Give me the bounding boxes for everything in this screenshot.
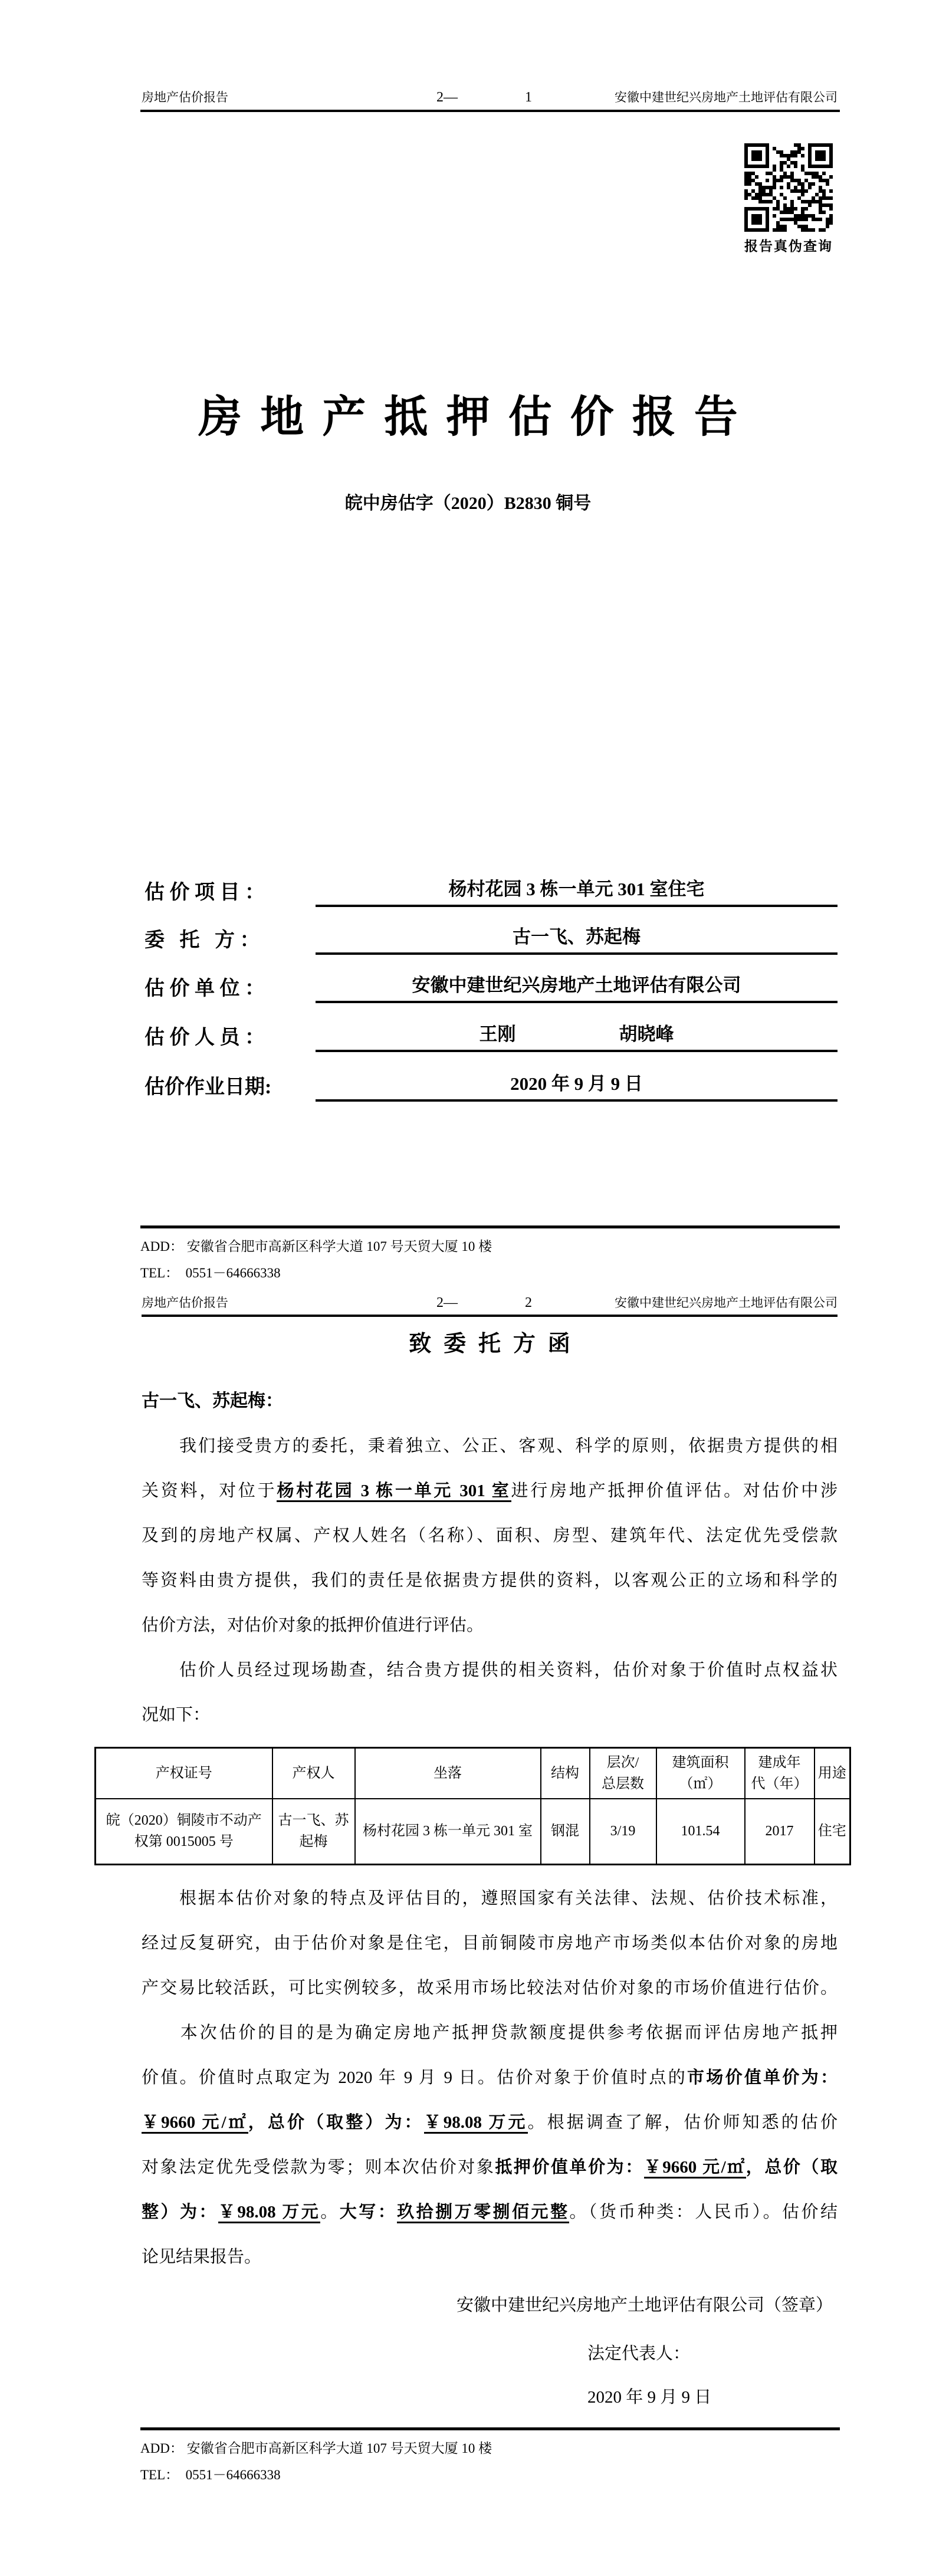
page2-footer: ADD： 安徽省合肥市高新区科学大道 107 号天贸大厦 10 楼 TEL： 0… bbox=[140, 2427, 840, 2483]
header-page-number: 2 bbox=[525, 1294, 532, 1312]
cell-owner: 古一飞、苏 起梅 bbox=[272, 1799, 355, 1865]
col-header-owner: 产权人 bbox=[272, 1748, 355, 1799]
col-header-area: 建筑面积 （㎡） bbox=[656, 1748, 745, 1799]
header-company-name: 安徽中建世纪兴房地产土地评估有限公司 bbox=[615, 1294, 838, 1312]
field-row-project: 估 价 项 目 ： 杨村花园 3 栋一单元 301 室住宅 bbox=[144, 873, 838, 907]
cell-area: 101.54 bbox=[656, 1799, 745, 1865]
footer-phone: TEL： 0551－64666338 bbox=[140, 2464, 840, 2483]
body-line: 经过反复研究，由于估价对象是住宅，目前铜陵市房地产市场类似本估价对象的房地 bbox=[142, 1921, 838, 1966]
page1-footer: ADD： 安徽省合肥市高新区科学大道 107 号天贸大厦 10 楼 TEL： 0… bbox=[140, 1225, 840, 1282]
header-page-marker: 2— bbox=[436, 88, 458, 106]
header-page-marker: 2— bbox=[436, 1294, 458, 1312]
cell-year: 2017 bbox=[745, 1799, 815, 1865]
table-header-row: 产权证号 产权人 坐落 结构 层次/ 总层数 建筑面积 （㎡） 建成年 代（年）… bbox=[96, 1748, 850, 1799]
qr-code-image bbox=[744, 143, 833, 232]
cell-floor: 3/19 bbox=[590, 1799, 656, 1865]
field-label-date: 估价作业日期: bbox=[144, 1070, 316, 1102]
body-line: 我们接受贵方的委托，秉着独立、公正、客观、科学的原则，依据贵方提供的相 bbox=[142, 1424, 838, 1468]
col-header-year: 建成年 代（年） bbox=[745, 1748, 815, 1799]
header-page-number: 1 bbox=[525, 88, 532, 106]
footer-rule bbox=[140, 2427, 840, 2430]
field-label-client: 委 托 方 ： bbox=[144, 924, 316, 955]
body-line: 本次估价的目的是为确定房地产抵押贷款额度提供参考依据而评估房地产抵押 bbox=[142, 2010, 838, 2055]
footer-address: ADD： 安徽省合肥市高新区科学大道 107 号天贸大厦 10 楼 bbox=[140, 2437, 840, 2457]
qr-caption: 报告真伪查询 bbox=[737, 235, 840, 255]
body-line: 整）为：￥98.08 万元。大写：玖拾捌万零捌佰元整。（货币种类：人民币）。估价… bbox=[142, 2190, 838, 2235]
header-rule bbox=[142, 1315, 838, 1317]
col-header-location: 坐落 bbox=[355, 1748, 541, 1799]
body-line: ￥9660 元/㎡，总价（取整）为：￥98.08 万元。根据调查了解，估价师知悉… bbox=[142, 2100, 838, 2145]
body-line: 论见结果报告。 bbox=[142, 2235, 838, 2279]
appraiser-name-1: 王刚 bbox=[480, 1019, 516, 1046]
header-company-name: 安徽中建世纪兴房地产土地评估有限公司 bbox=[615, 88, 838, 106]
cell-structure: 钢混 bbox=[541, 1799, 590, 1865]
col-header-structure: 结构 bbox=[541, 1748, 590, 1799]
body-line: 等资料由贵方提供，我们的责任是依据贵方提供的资料，以客观公正的立场和科学的 bbox=[142, 1558, 838, 1603]
doc-number: 皖中房估字（2020）B2830 铜号 bbox=[0, 488, 936, 514]
signature-legal-rep: 法定代表人： bbox=[142, 2342, 838, 2365]
col-header-cert-no: 产权证号 bbox=[96, 1748, 272, 1799]
body-line: 及到的房地产权属、产权人姓名（名称）、面积、房型、建筑年代、法定优先受偿款 bbox=[142, 1513, 838, 1558]
letter-paragraphs-1: 我们接受贵方的委托，秉着独立、公正、客观、科学的原则，依据贵方提供的相 关资料，… bbox=[142, 1424, 838, 1737]
field-value-appraisers: 王刚 胡晓峰 bbox=[316, 1019, 838, 1052]
col-header-use: 用途 bbox=[815, 1748, 850, 1799]
body-line: 估价方法，对估价对象的抵押价值进行评估。 bbox=[142, 1603, 838, 1648]
col-header-floor: 层次/ 总层数 bbox=[590, 1748, 656, 1799]
footer-rule bbox=[140, 1225, 840, 1228]
field-row-agency: 估 价 单 位 ： 安徽中建世纪兴房地产土地评估有限公司 bbox=[144, 969, 838, 1003]
field-value-agency: 安徽中建世纪兴房地产土地评估有限公司 bbox=[316, 970, 838, 1003]
field-row-appraisers: 估 价 人 员 ： 王刚 胡晓峰 bbox=[144, 1018, 838, 1052]
table-row: 皖（2020）铜陵市不动产 权第 0015005 号 古一飞、苏 起梅 杨村花园… bbox=[96, 1799, 850, 1865]
report-document: 房地产估价报告 2— 1 安徽中建世纪兴房地产土地评估有限公司 报告真伪查询 房… bbox=[0, 0, 936, 2576]
letter-title: 致委托方函 bbox=[142, 1325, 838, 1358]
field-label-agency: 估 价 单 位 ： bbox=[144, 972, 316, 1003]
field-value-client: 古一飞、苏起梅 bbox=[316, 922, 838, 955]
page2-body: 房地产估价报告 2— 2 安徽中建世纪兴房地产土地评估有限公司 致委托方函 古一… bbox=[142, 1294, 838, 2409]
cell-cert-no: 皖（2020）铜陵市不动产 权第 0015005 号 bbox=[96, 1799, 272, 1865]
body-line: 估价人员经过现场勘查，结合贵方提供的相关资料，估价对象于价值时点权益状 bbox=[142, 1648, 838, 1693]
report-title: 房地产抵押估价报告 bbox=[0, 382, 936, 445]
appraiser-name-2: 胡晓峰 bbox=[619, 1019, 674, 1046]
field-row-date: 估价作业日期: 2020 年 9 月 9 日 bbox=[144, 1067, 838, 1102]
footer-address: ADD： 安徽省合肥市高新区科学大道 107 号天贸大厦 10 楼 bbox=[140, 1236, 840, 1255]
field-label-project: 估 价 项 目 ： bbox=[144, 876, 316, 907]
field-value-date: 2020 年 9 月 9 日 bbox=[316, 1069, 838, 1102]
qr-code bbox=[744, 143, 833, 232]
body-line: 价值。价值时点取定为 2020 年 9 月 9 日。估价对象于价值时点的市场价值… bbox=[142, 2055, 838, 2100]
field-row-client: 委 托 方 ： 古一飞、苏起梅 bbox=[144, 921, 838, 955]
cell-use: 住宅 bbox=[815, 1799, 850, 1865]
header-doc-type: 房地产估价报告 bbox=[142, 88, 228, 106]
header-rule bbox=[140, 110, 840, 112]
salutation: 古一飞、苏起梅： bbox=[142, 1389, 838, 1413]
signature-date: 2020 年 9 月 9 日 bbox=[142, 2386, 838, 2409]
signature-company: 安徽中建世纪兴房地产土地评估有限公司（签章） bbox=[142, 2292, 838, 2318]
body-line: 关资料，对位于杨村花园 3 栋一单元 301 室进行房地产抵押价值评估。对估价中… bbox=[142, 1468, 838, 1513]
field-label-appraisers: 估 价 人 员 ： bbox=[144, 1021, 316, 1052]
property-rights-table: 产权证号 产权人 坐落 结构 层次/ 总层数 建筑面积 （㎡） 建成年 代（年）… bbox=[94, 1747, 851, 1865]
footer-phone: TEL： 0551－64666338 bbox=[140, 1262, 840, 1282]
header-doc-type: 房地产估价报告 bbox=[142, 1294, 228, 1312]
body-line: 产交易比较活跃，可比实例较多，故采用市场比较法对估价对象的市场价值进行估价。 bbox=[142, 1966, 838, 2010]
letter-paragraphs-2: 根据本估价对象的特点及评估目的，遵照国家有关法律、法规、估价技术标准， 经过反复… bbox=[142, 1876, 838, 2279]
cell-location: 杨村花园 3 栋一单元 301 室 bbox=[355, 1799, 541, 1865]
field-value-project: 杨村花园 3 栋一单元 301 室住宅 bbox=[316, 874, 838, 907]
page2-running-header: 房地产估价报告 2— 2 安徽中建世纪兴房地产土地评估有限公司 bbox=[142, 1294, 838, 1312]
body-line: 况如下： bbox=[142, 1693, 838, 1737]
body-line: 对象法定优先受偿款为零；则本次估价对象抵押价值单价为：￥9660 元/㎡，总价（… bbox=[142, 2145, 838, 2190]
page1-running-header: 房地产估价报告 2— 1 安徽中建世纪兴房地产土地评估有限公司 bbox=[142, 88, 838, 106]
body-line: 根据本估价对象的特点及评估目的，遵照国家有关法律、法规、估价技术标准， bbox=[142, 1876, 838, 1921]
